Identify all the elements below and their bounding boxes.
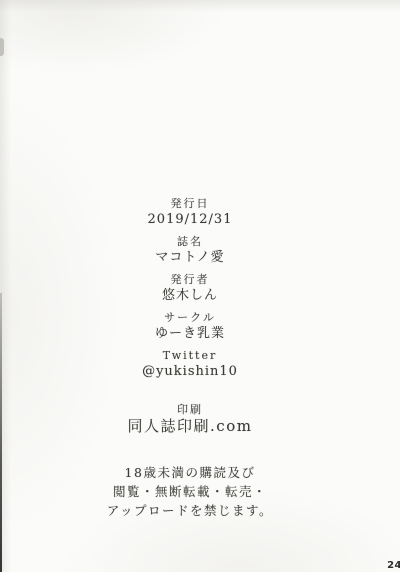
colophon-entry-publisher: 発行者 悠木しん xyxy=(10,272,370,304)
colophon-entry-title: 誌名 マコトノ愛 xyxy=(10,234,370,266)
entry-label: 発行者 xyxy=(10,272,370,287)
entry-label: 誌名 xyxy=(10,234,370,249)
entry-value: @yukishin10 xyxy=(10,363,370,380)
warning-line: アップロードを禁じます。 xyxy=(10,501,370,520)
page-number: 24 xyxy=(387,560,400,571)
entry-label: Twitter xyxy=(10,348,370,363)
colophon-entry-twitter: Twitter @yukishin10 xyxy=(10,348,370,380)
entry-value: ゆーき乳業 xyxy=(10,325,370,342)
entry-value: 悠木しん xyxy=(10,287,370,304)
colophon-entry-printer: 印刷 同人誌印刷.com xyxy=(10,402,370,436)
colophon-entry-publication-date: 発行日 2019/12/31 xyxy=(10,196,370,228)
entry-label: 発行日 xyxy=(10,196,370,211)
entry-label: 印刷 xyxy=(10,402,370,417)
entry-value: 2019/12/31 xyxy=(10,211,370,228)
colophon-content: 発行日 2019/12/31 誌名 マコトノ愛 発行者 悠木しん サークル ゆー… xyxy=(0,0,400,572)
entry-value: マコトノ愛 xyxy=(10,249,370,266)
age-restriction-warning: 18歳未満の購読及び 閲覧・無断転載・転売・ アップロードを禁じます。 xyxy=(10,463,370,520)
colophon-entry-circle: サークル ゆーき乳業 xyxy=(10,310,370,342)
entry-label: サークル xyxy=(10,310,370,325)
warning-line: 閲覧・無断転載・転売・ xyxy=(10,482,370,501)
scanned-colophon-page: { "page": { "entries": [ { "label": "発行日… xyxy=(0,0,400,572)
entry-value: 同人誌印刷.com xyxy=(10,417,370,436)
warning-line: 18歳未満の購読及び xyxy=(10,463,370,482)
